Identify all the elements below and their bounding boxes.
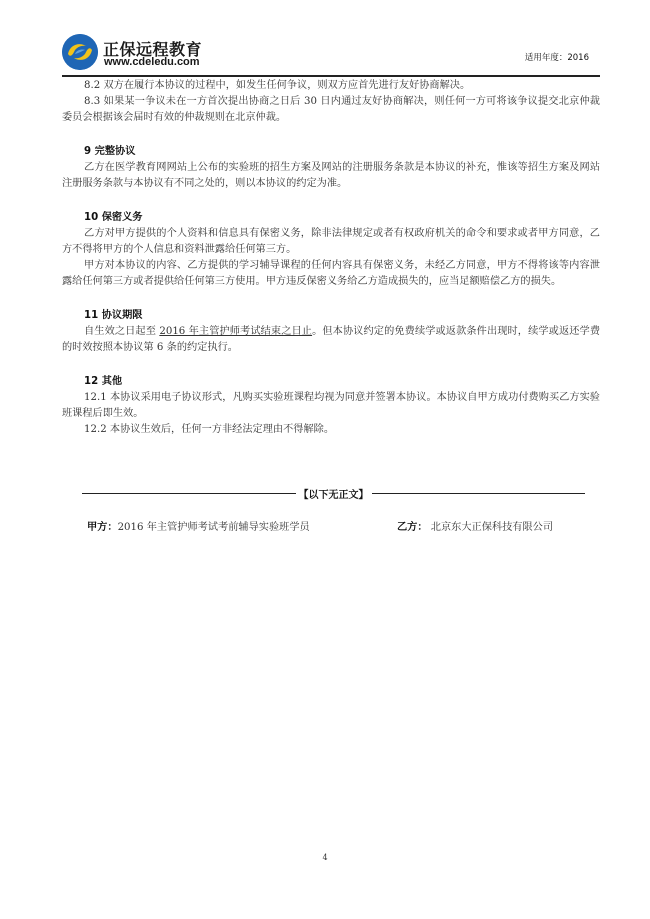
clause-8-2: 8.2 双方在履行本协议的过程中，如发生任何争议，则双方应首先进行友好协商解决。: [62, 78, 600, 94]
divider-right: [372, 493, 586, 494]
end-of-text-marker: 【以下无正文】: [82, 486, 585, 500]
section-10-heading: 10 保密义务: [62, 210, 600, 226]
cdeledu-logo-icon: [62, 34, 98, 70]
header-divider: [62, 75, 600, 77]
party-a-label: 甲方：: [87, 522, 118, 533]
document-body: 8.2 双方在履行本协议的过程中，如发生任何争议，则双方应首先进行友好协商解决。…: [62, 78, 600, 438]
divider-left: [82, 493, 296, 494]
clause-8-3: 8.3 如果某一争议未在一方首次提出协商之日后 30 日内通过友好协商解决，则任…: [62, 94, 600, 126]
party-a: 甲方：2016 年主管护师考试考前辅导实验班学员: [87, 518, 310, 533]
party-b-value: 北京东大正保科技有限公司: [428, 522, 554, 533]
end-of-text-label: 【以下无正文】: [296, 486, 372, 501]
section-11-paragraph: 自生效之日起至 2016 年主管护师考试结束之日止。但本协议约定的免费续学或返款…: [62, 324, 600, 356]
page-number: 4: [0, 853, 650, 862]
applicable-year: 适用年度：2016: [525, 51, 589, 63]
term-end-date: 2016 年主管护师考试结束之日止: [159, 326, 312, 337]
section-10-paragraph-1: 乙方对甲方提供的个人资料和信息具有保密义务，除非法律规定或者有权政府机关的命令和…: [62, 226, 600, 258]
brand-url[interactable]: www.cdeledu.com: [104, 56, 200, 68]
term-start-text: 自生效之日起至: [84, 326, 159, 337]
section-10-paragraph-2: 甲方对本协议的内容、乙方提供的学习辅导课程的任何内容具有保密义务，未经乙方同意，…: [62, 258, 600, 290]
clause-12-2: 12.2 本协议生效后，任何一方非经法定理由不得解除。: [62, 422, 600, 438]
page-header: 正保远程教育 www.cdeledu.com 适用年度：2016: [62, 34, 601, 74]
section-9-paragraph: 乙方在医学教育网网站上公布的实验班的招生方案及网站的注册服务条款是本协议的补充，…: [62, 160, 600, 192]
section-9-heading: 9 完整协议: [62, 144, 600, 160]
section-12-heading: 12 其他: [62, 374, 600, 390]
party-a-value: 2016 年主管护师考试考前辅导实验班学员: [118, 522, 310, 533]
clause-12-1: 12.1 本协议采用电子协议形式，凡购买实验班课程均视为同意并签署本协议。本协议…: [62, 390, 600, 422]
section-11-heading: 11 协议期限: [62, 308, 600, 324]
party-b: 乙方： 北京东大正保科技有限公司: [397, 518, 553, 533]
party-b-label: 乙方：: [397, 522, 428, 533]
